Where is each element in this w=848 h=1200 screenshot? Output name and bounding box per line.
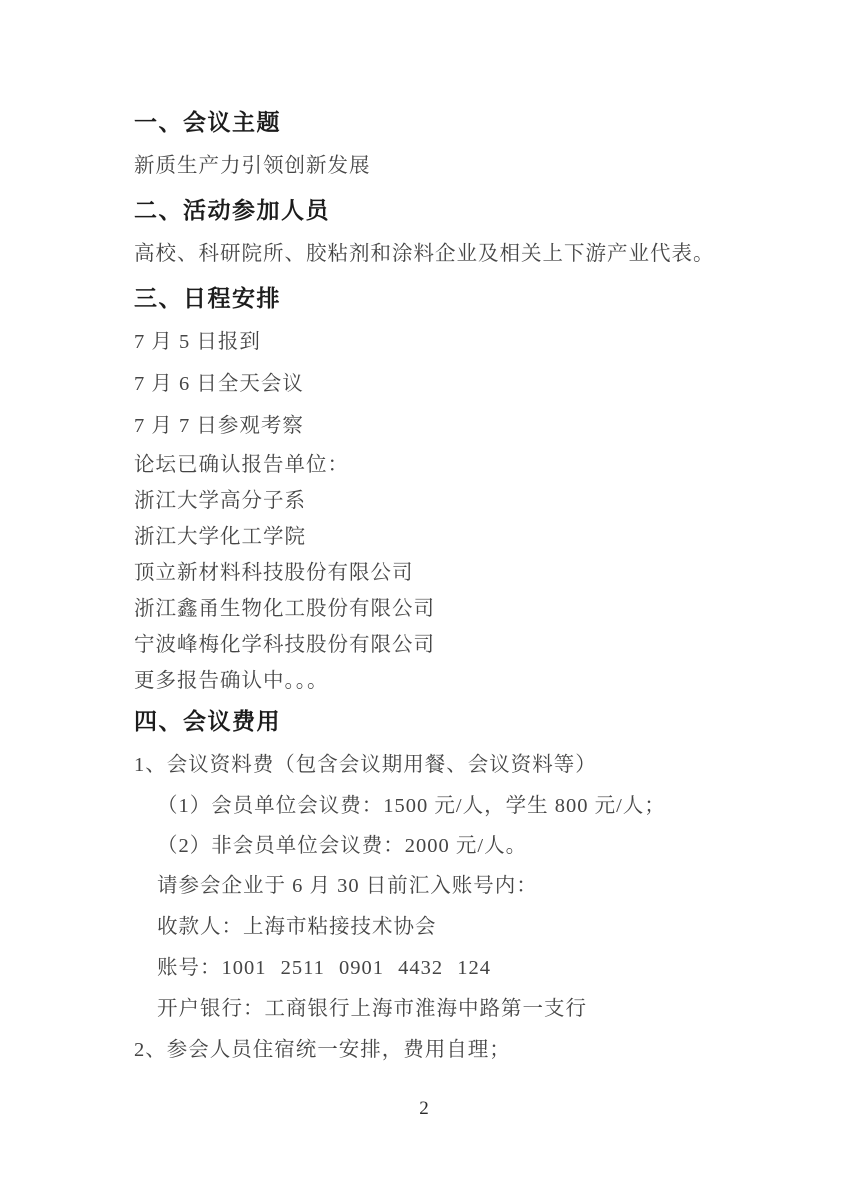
- fee-member-line: （1）会员单位会议费：1500 元/人，学生 800 元/人；: [134, 786, 715, 826]
- section-heading-meeting-theme: 一、会议主题: [134, 100, 715, 145]
- meeting-theme-text: 新质生产力引领创新发展: [134, 145, 715, 188]
- unit-zju-polymer: 浙江大学高分子系: [134, 483, 715, 519]
- document-page: 一、会议主题 新质生产力引领创新发展 二、活动参加人员 高校、科研院所、胶粘剂和…: [0, 0, 848, 1200]
- bank-line: 开户银行：工商银行上海市淮海中路第一支行: [134, 989, 715, 1030]
- more-reports-note: 更多报告确认中。。。: [134, 663, 715, 699]
- unit-dingli-materials: 顶立新材料科技股份有限公司: [134, 555, 715, 591]
- remittance-deadline-line: 请参会企业于 6 月 30 日前汇入账号内：: [134, 866, 715, 907]
- schedule-day-3: 7 月 7 日参观考察: [134, 405, 715, 447]
- page-number: 2: [0, 1098, 848, 1120]
- schedule-day-2: 7 月 6 日全天会议: [134, 363, 715, 405]
- participants-text: 高校、科研院所、胶粘剂和涂料企业及相关上下游产业代表。: [134, 233, 715, 276]
- confirmed-units-label: 论坛已确认报告单位：: [134, 447, 715, 483]
- fee-nonmember-line: （2）非会员单位会议费：2000 元/人。: [134, 826, 715, 866]
- section-heading-participants: 二、活动参加人员: [134, 188, 715, 233]
- fee-materials-line: 1、会议资料费（包含会议期用餐、会议资料等）: [134, 744, 715, 786]
- section-heading-fees: 四、会议费用: [134, 699, 715, 744]
- unit-fengmei-chem: 宁波峰梅化学科技股份有限公司: [134, 627, 715, 663]
- accommodation-line: 2、参会人员住宿统一安排，费用自理；: [134, 1030, 715, 1071]
- payee-line: 收款人：上海市粘接技术协会: [134, 907, 715, 948]
- account-number-line: 账号：1001 2511 0901 4432 124: [134, 948, 715, 989]
- unit-zju-chemeng: 浙江大学化工学院: [134, 519, 715, 555]
- schedule-day-1: 7 月 5 日报到: [134, 321, 715, 363]
- unit-xinyong-biochem: 浙江鑫甬生物化工股份有限公司: [134, 591, 715, 627]
- section-heading-schedule: 三、日程安排: [134, 276, 715, 321]
